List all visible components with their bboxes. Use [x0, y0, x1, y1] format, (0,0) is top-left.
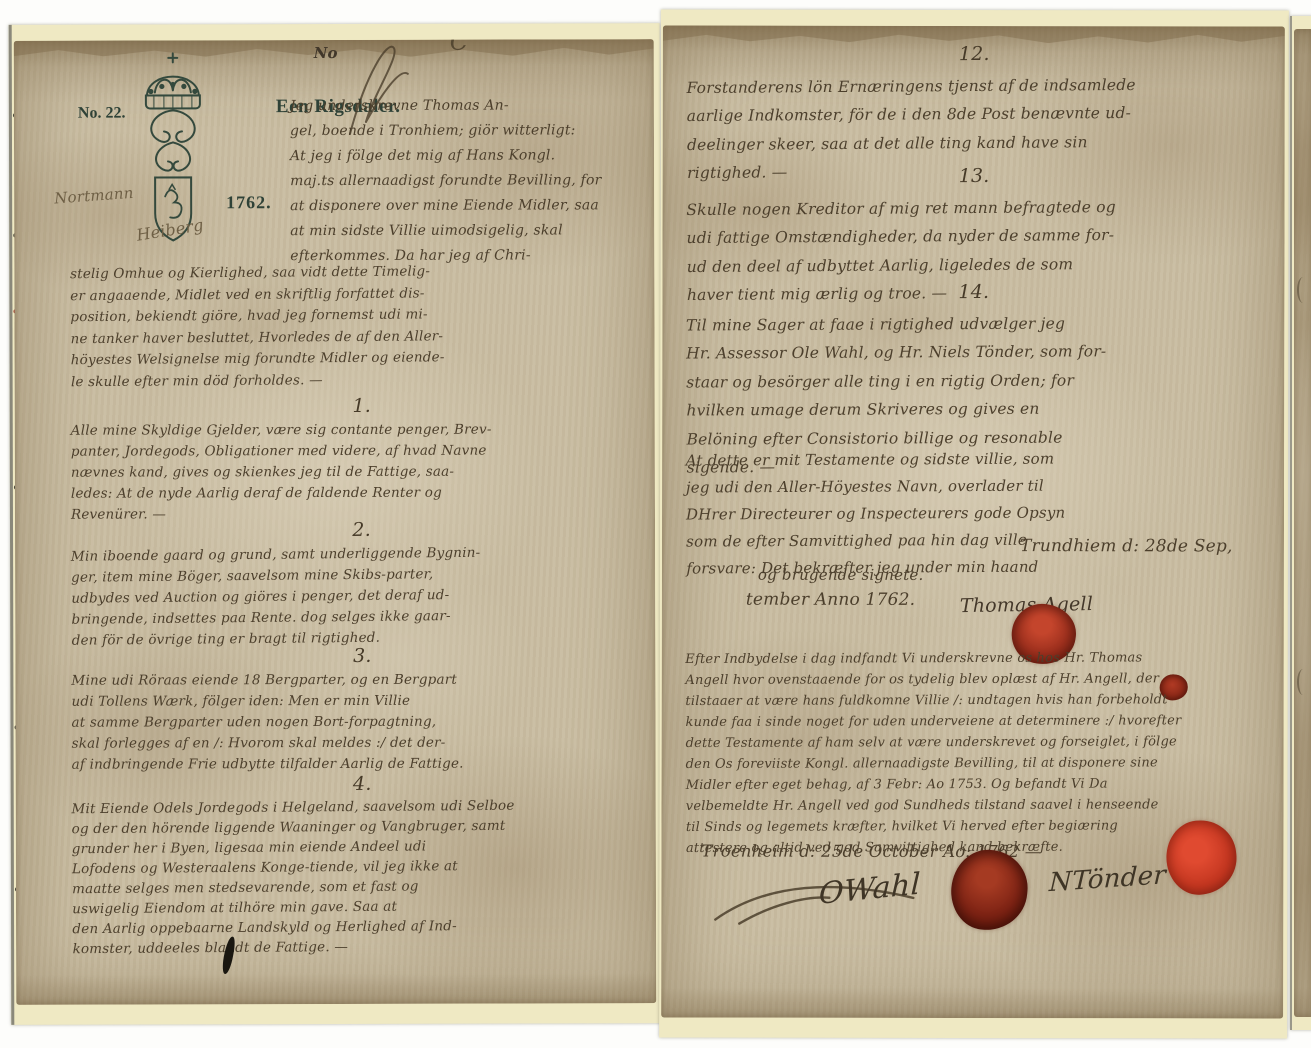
section-text: Alle mine Skyldige Gjelder, være sig con… — [71, 419, 653, 526]
testament-opening: Jeg underskrevne Thomas An- gel, boende … — [290, 93, 652, 269]
section-text: Min iboende gaard og grund, samt underli… — [71, 541, 654, 652]
backing-sheet-next — [1290, 16, 1311, 1030]
date-continuation: tember Anno 1762. — [746, 590, 915, 610]
section-1: 1. Alle mine Skyldige Gjelder, være sig … — [71, 395, 653, 526]
place-date-line: Trundhiem d: 28de Sep, — [1020, 536, 1233, 556]
next-page-sliver — [1294, 29, 1311, 1017]
section-number: 14. — [686, 276, 1262, 308]
stray-pen-mark — [1297, 669, 1309, 695]
section-2: 2. Min iboende gaard og grund, samt unde… — [71, 517, 654, 652]
stamp-year: 1762. — [226, 192, 272, 213]
backing-sheet-left: No. 22. Een Rigsdaler. 1762. No C Nortma… — [9, 23, 663, 1025]
stray-pen-mark — [1297, 277, 1309, 303]
witness-signature-tonder: NTönder — [1049, 860, 1167, 898]
stamp-number: No. 22. — [78, 105, 126, 123]
corner-no-label: No — [314, 44, 338, 62]
section-3: 3. Mine udi Röraas eiende 18 Bergparter,… — [71, 645, 653, 776]
section-number: 1. — [71, 395, 653, 418]
section-number: 3. — [71, 645, 653, 668]
section-number: 2. — [71, 517, 653, 544]
section-number: 12. — [686, 38, 1262, 71]
testament-preamble: stelig Omhue og Kierlighed, saa vidt det… — [70, 260, 653, 394]
section-number: 4. — [71, 772, 653, 797]
section-text: Mit Eiende Odels Jordegods i Helgeland, … — [71, 795, 654, 960]
backing-sheet-right: 12. Forstanderens lön Ernæringens tjenst… — [659, 9, 1289, 1038]
closing-declaration: At dette er mit Testamente og sidste vil… — [686, 444, 1263, 582]
left-page: No. 22. Een Rigsdaler. 1762. No C Nortma… — [14, 39, 657, 1005]
section-4: 4. Mit Eiende Odels Jordegods i Helgelan… — [71, 772, 654, 960]
section-number: 13. — [686, 160, 1262, 193]
document-scan: { "colors": { "stamp_ink": "#34493d", "h… — [0, 0, 1311, 1048]
corner-mark: C — [450, 39, 469, 56]
margin-countersignature: Nortmann — [54, 184, 135, 208]
closing-signete-line: og brugende signete. — [758, 566, 924, 584]
right-page: 12. Forstanderens lön Ernæringens tjenst… — [661, 25, 1285, 1018]
section-text: Mine udi Röraas eiende 18 Bergparter, og… — [71, 669, 653, 776]
